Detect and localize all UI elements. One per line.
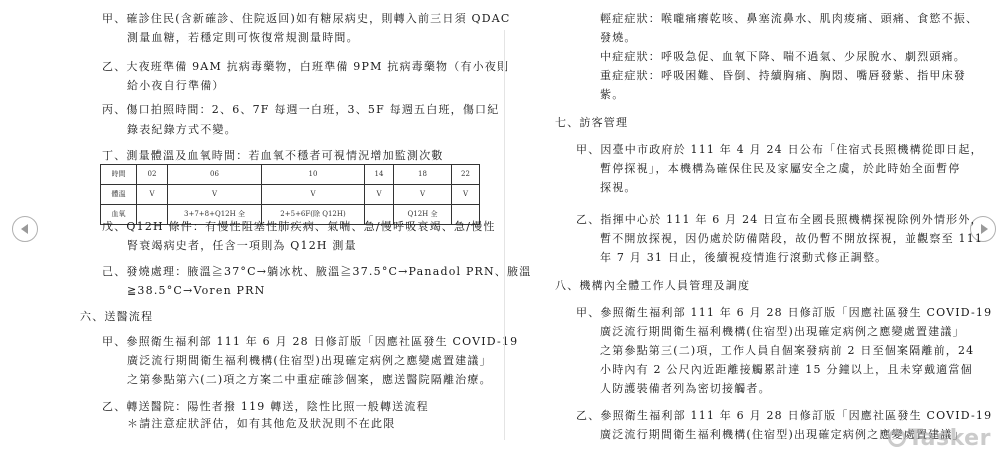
text-line: 甲、確診住民(含新確診、住院返回)如有糖尿病史，則轉入前三日須 QDAC [102, 9, 510, 28]
text-line: 錄表紀錄方式不變。 [127, 120, 237, 139]
text-line: 乙、大夜班準備 9AM 抗病毒藥物，白班準備 9PM 抗病毒藥物（有小夜則 [102, 57, 509, 76]
text-line: ≧38.5°C→Voren PRN [127, 281, 265, 300]
text-line: 甲、因臺中市政府於 111 年 4 月 24 日公布「住宿式長照機構從即日起， [576, 140, 983, 159]
text-line: 中症症狀：呼吸急促、血氧下降、喘不過氣、少尿脫水、劇烈頭痛。 [600, 47, 966, 66]
text-line: 測量血糖，若穩定則可恢復常規測量時間。 [127, 28, 359, 47]
watermark-logo-icon [888, 429, 906, 447]
text-line: 戊、Q12H 條件：有慢性阻塞性肺疾病、氣喘、急/慢呼吸衰竭、急/慢性 [102, 217, 496, 236]
text-line: 丁、測量體溫及血氧時間：若血氧不穩者可視情況增加監測次數 [102, 146, 444, 165]
text-line: 重症症狀：呼吸困難、昏倒、持續胸痛、胸悶、嘴唇發紫、指甲床發 [600, 66, 966, 85]
table-cell: V [168, 185, 262, 205]
text-line: 探視。 [600, 178, 637, 197]
text-line: 年 7 月 31 日止，後續視疫情進行滾動式修正調整。 [600, 248, 887, 267]
text-line: ＊請注意症狀評估，如有其他危及狀況則不在此限 [127, 414, 395, 433]
text-line: 暫不開放探視，因仍處於防備階段，故仍暫不開放探視，並觀察至 111 [600, 229, 983, 248]
table-row: 體溫VVVVVV [101, 185, 480, 205]
table-cell: 體溫 [101, 185, 137, 205]
previous-page-button[interactable] [12, 216, 38, 242]
text-line: 之第參點第六(二)項之方案二中重症確診個案，應送醫院隔離治療。 [127, 370, 492, 389]
text-line: 暫停探視」，本機構為確保住民及家屬安全之虞，於此時始全面暫停 [600, 159, 961, 178]
table-cell: V [452, 185, 480, 205]
table-cell: 時間 [101, 165, 137, 185]
table-cell: 14 [365, 165, 394, 185]
text-line: 乙、指揮中心於 111 年 6 月 24 日宣布全國長照機構探視除例外情形外， [576, 210, 983, 229]
table-cell: V [137, 185, 168, 205]
chevron-left-icon [21, 224, 28, 234]
text-line: 給小夜自行準備） [127, 76, 225, 95]
text-line: 小時內有 2 公尺內近距離接觸累計達 15 分鐘以上，且未穿戴適當個 [600, 360, 973, 379]
left-page: 時間020610141822體溫VVVVVV血氧3+7+8+Q12H 全2+5+… [80, 0, 500, 457]
text-line: 發燒。 [600, 28, 637, 47]
right-page: 輕症症狀：喉嚨痛癢乾咳、鼻塞流鼻水、肌肉痠痛、頭痛、食慾不振、發燒。中症症狀：呼… [548, 0, 958, 457]
text-line: 甲、參照衛生福利部 111 年 6 月 28 日修訂版「因應社區發生 COVID… [102, 332, 518, 351]
text-line: 廣泛流行期間衛生福利機構(住宿型)出現確定病例之應變處置建議」 [127, 351, 492, 370]
text-line: 腎衰竭病史者，任含一項則為 Q12H 測量 [127, 236, 357, 255]
text-line: 紫。 [600, 85, 624, 104]
table-cell: V [262, 185, 365, 205]
text-line: 己、發燒處理：腋溫≧37°C→躺冰枕、腋溫≧37.5°C→Panadol PRN… [102, 262, 531, 281]
text-line: 廣泛流行期間衛生福利機構(住宿型)出現確定病例之應變處置建議」 [600, 322, 965, 341]
watermark: Tasker [888, 426, 991, 451]
text-line: 七、訪客管理 [555, 113, 628, 132]
text-line: 甲、參照衛生福利部 111 年 6 月 28 日修訂版「因應社區發生 COVID… [576, 303, 992, 322]
text-line: 之第參點第三(二)項，工作人員自個案發病前 2 日至個案隔離前，24 [600, 341, 974, 360]
table-cell: 10 [262, 165, 365, 185]
table-cell: 18 [394, 165, 452, 185]
table-cell: 02 [137, 165, 168, 185]
text-line: 輕症症狀：喉嚨痛癢乾咳、鼻塞流鼻水、肌肉痠痛、頭痛、食慾不振、 [600, 9, 978, 28]
table-cell: 22 [452, 165, 480, 185]
table-cell: V [365, 185, 394, 205]
table-row: 時間020610141822 [101, 165, 480, 185]
table-cell: 06 [168, 165, 262, 185]
text-line: 八、機構內全體工作人員管理及調度 [555, 276, 750, 295]
measurement-schedule-table: 時間020610141822體溫VVVVVV血氧3+7+8+Q12H 全2+5+… [100, 164, 480, 225]
page-divider [504, 30, 505, 440]
table-cell: V [394, 185, 452, 205]
text-line: 乙、參照衛生福利部 111 年 6 月 28 日修訂版「因應社區發生 COVID… [576, 406, 992, 425]
text-line: 丙、傷口拍照時間：2、6、7F 每週一白班，3、5F 每週五白班，傷口紀 [102, 100, 499, 119]
text-line: 六、送醫流程 [80, 307, 153, 326]
text-line: 人防護裝備者列為密切接觸者。 [600, 379, 771, 398]
watermark-text: Tasker [908, 426, 991, 451]
